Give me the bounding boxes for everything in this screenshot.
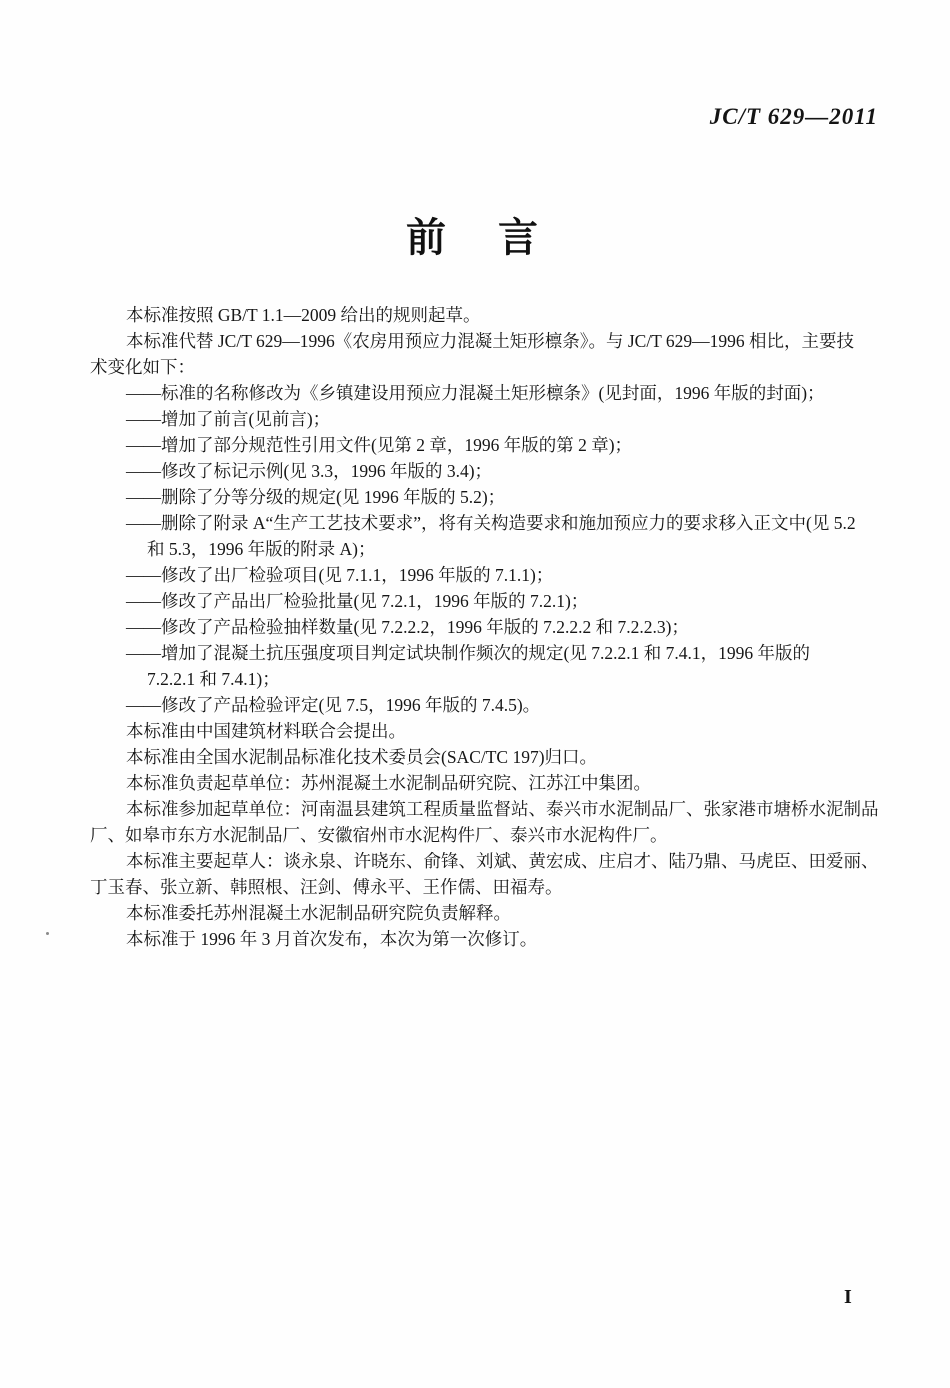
text-line: 丁玉春、张立新、韩照根、汪剑、傅永平、王作儒、田福寿。 [90, 874, 888, 900]
text-line: ——增加了前言(见前言)； [90, 406, 888, 432]
text-line: 本标准按照 GB/T 1.1—2009 给出的规则起草。 [90, 302, 888, 328]
standard-number-header: JC/T 629—2011 [710, 104, 878, 130]
text-line: 本标准由中国建筑材料联合会提出。 [90, 718, 888, 744]
text-line: ——修改了产品检验抽样数量(见 7.2.2.2，1996 年版的 7.2.2.2… [90, 614, 888, 640]
text-line: ——增加了部分规范性引用文件(见第 2 章，1996 年版的第 2 章)； [90, 432, 888, 458]
text-line: ——修改了产品检验评定(见 7.5，1996 年版的 7.4.5)。 [90, 692, 888, 718]
text-line: ——修改了标记示例(见 3.3，1996 年版的 3.4)； [90, 458, 888, 484]
text-line: ——增加了混凝土抗压强度项目判定试块制作频次的规定(见 7.2.2.1 和 7.… [90, 640, 888, 666]
text-line: 术变化如下： [90, 354, 888, 380]
text-line: 本标准负责起草单位：苏州混凝土水泥制品研究院、江苏江中集团。 [90, 770, 888, 796]
text-line: 和 5.3，1996 年版的附录 A)； [90, 536, 888, 562]
page-title: 前 言 [0, 206, 950, 263]
text-line: 7.2.2.1 和 7.4.1)； [90, 666, 888, 692]
text-line: 本标准主要起草人：谈永泉、许晓东、俞锋、刘斌、黄宏成、庄启才、陆乃鼎、马虎臣、田… [90, 848, 888, 874]
text-line: ——删除了附录 A“生产工艺技术要求”，将有关构造要求和施加预应力的要求移入正文… [90, 510, 888, 536]
text-line: 本标准代替 JC/T 629—1996《农房用预应力混凝土矩形檩条》。与 JC/… [90, 328, 888, 354]
text-line: 本标准由全国水泥制品标准化技术委员会(SAC/TC 197)归口。 [90, 744, 888, 770]
text-line: ——删除了分等分级的规定(见 1996 年版的 5.2)； [90, 484, 888, 510]
scan-artifact-dot [46, 932, 49, 935]
text-line: 本标准委托苏州混凝土水泥制品研究院负责解释。 [90, 900, 888, 926]
text-line: ——修改了产品出厂检验批量(见 7.2.1，1996 年版的 7.2.1)； [90, 588, 888, 614]
text-line: ——修改了出厂检验项目(见 7.1.1，1996 年版的 7.1.1)； [90, 562, 888, 588]
text-line: 本标准于 1996 年 3 月首次发布，本次为第一次修订。 [90, 926, 888, 952]
text-line: 本标准参加起草单位：河南温县建筑工程质量监督站、泰兴市水泥制品厂、张家港市塘桥水… [90, 796, 888, 822]
text-line: ——标准的名称修改为《乡镇建设用预应力混凝土矩形檩条》(见封面，1996 年版的… [90, 380, 888, 406]
page-number: I [844, 1286, 852, 1309]
document-page: JC/T 629—2011 前 言 本标准按照 GB/T 1.1—2009 给出… [0, 0, 950, 1388]
text-line: 厂、如皋市东方水泥制品厂、安徽宿州市水泥构件厂、泰兴市水泥构件厂。 [90, 822, 888, 848]
foreword-body: 本标准按照 GB/T 1.1—2009 给出的规则起草。 本标准代替 JC/T … [90, 302, 888, 952]
